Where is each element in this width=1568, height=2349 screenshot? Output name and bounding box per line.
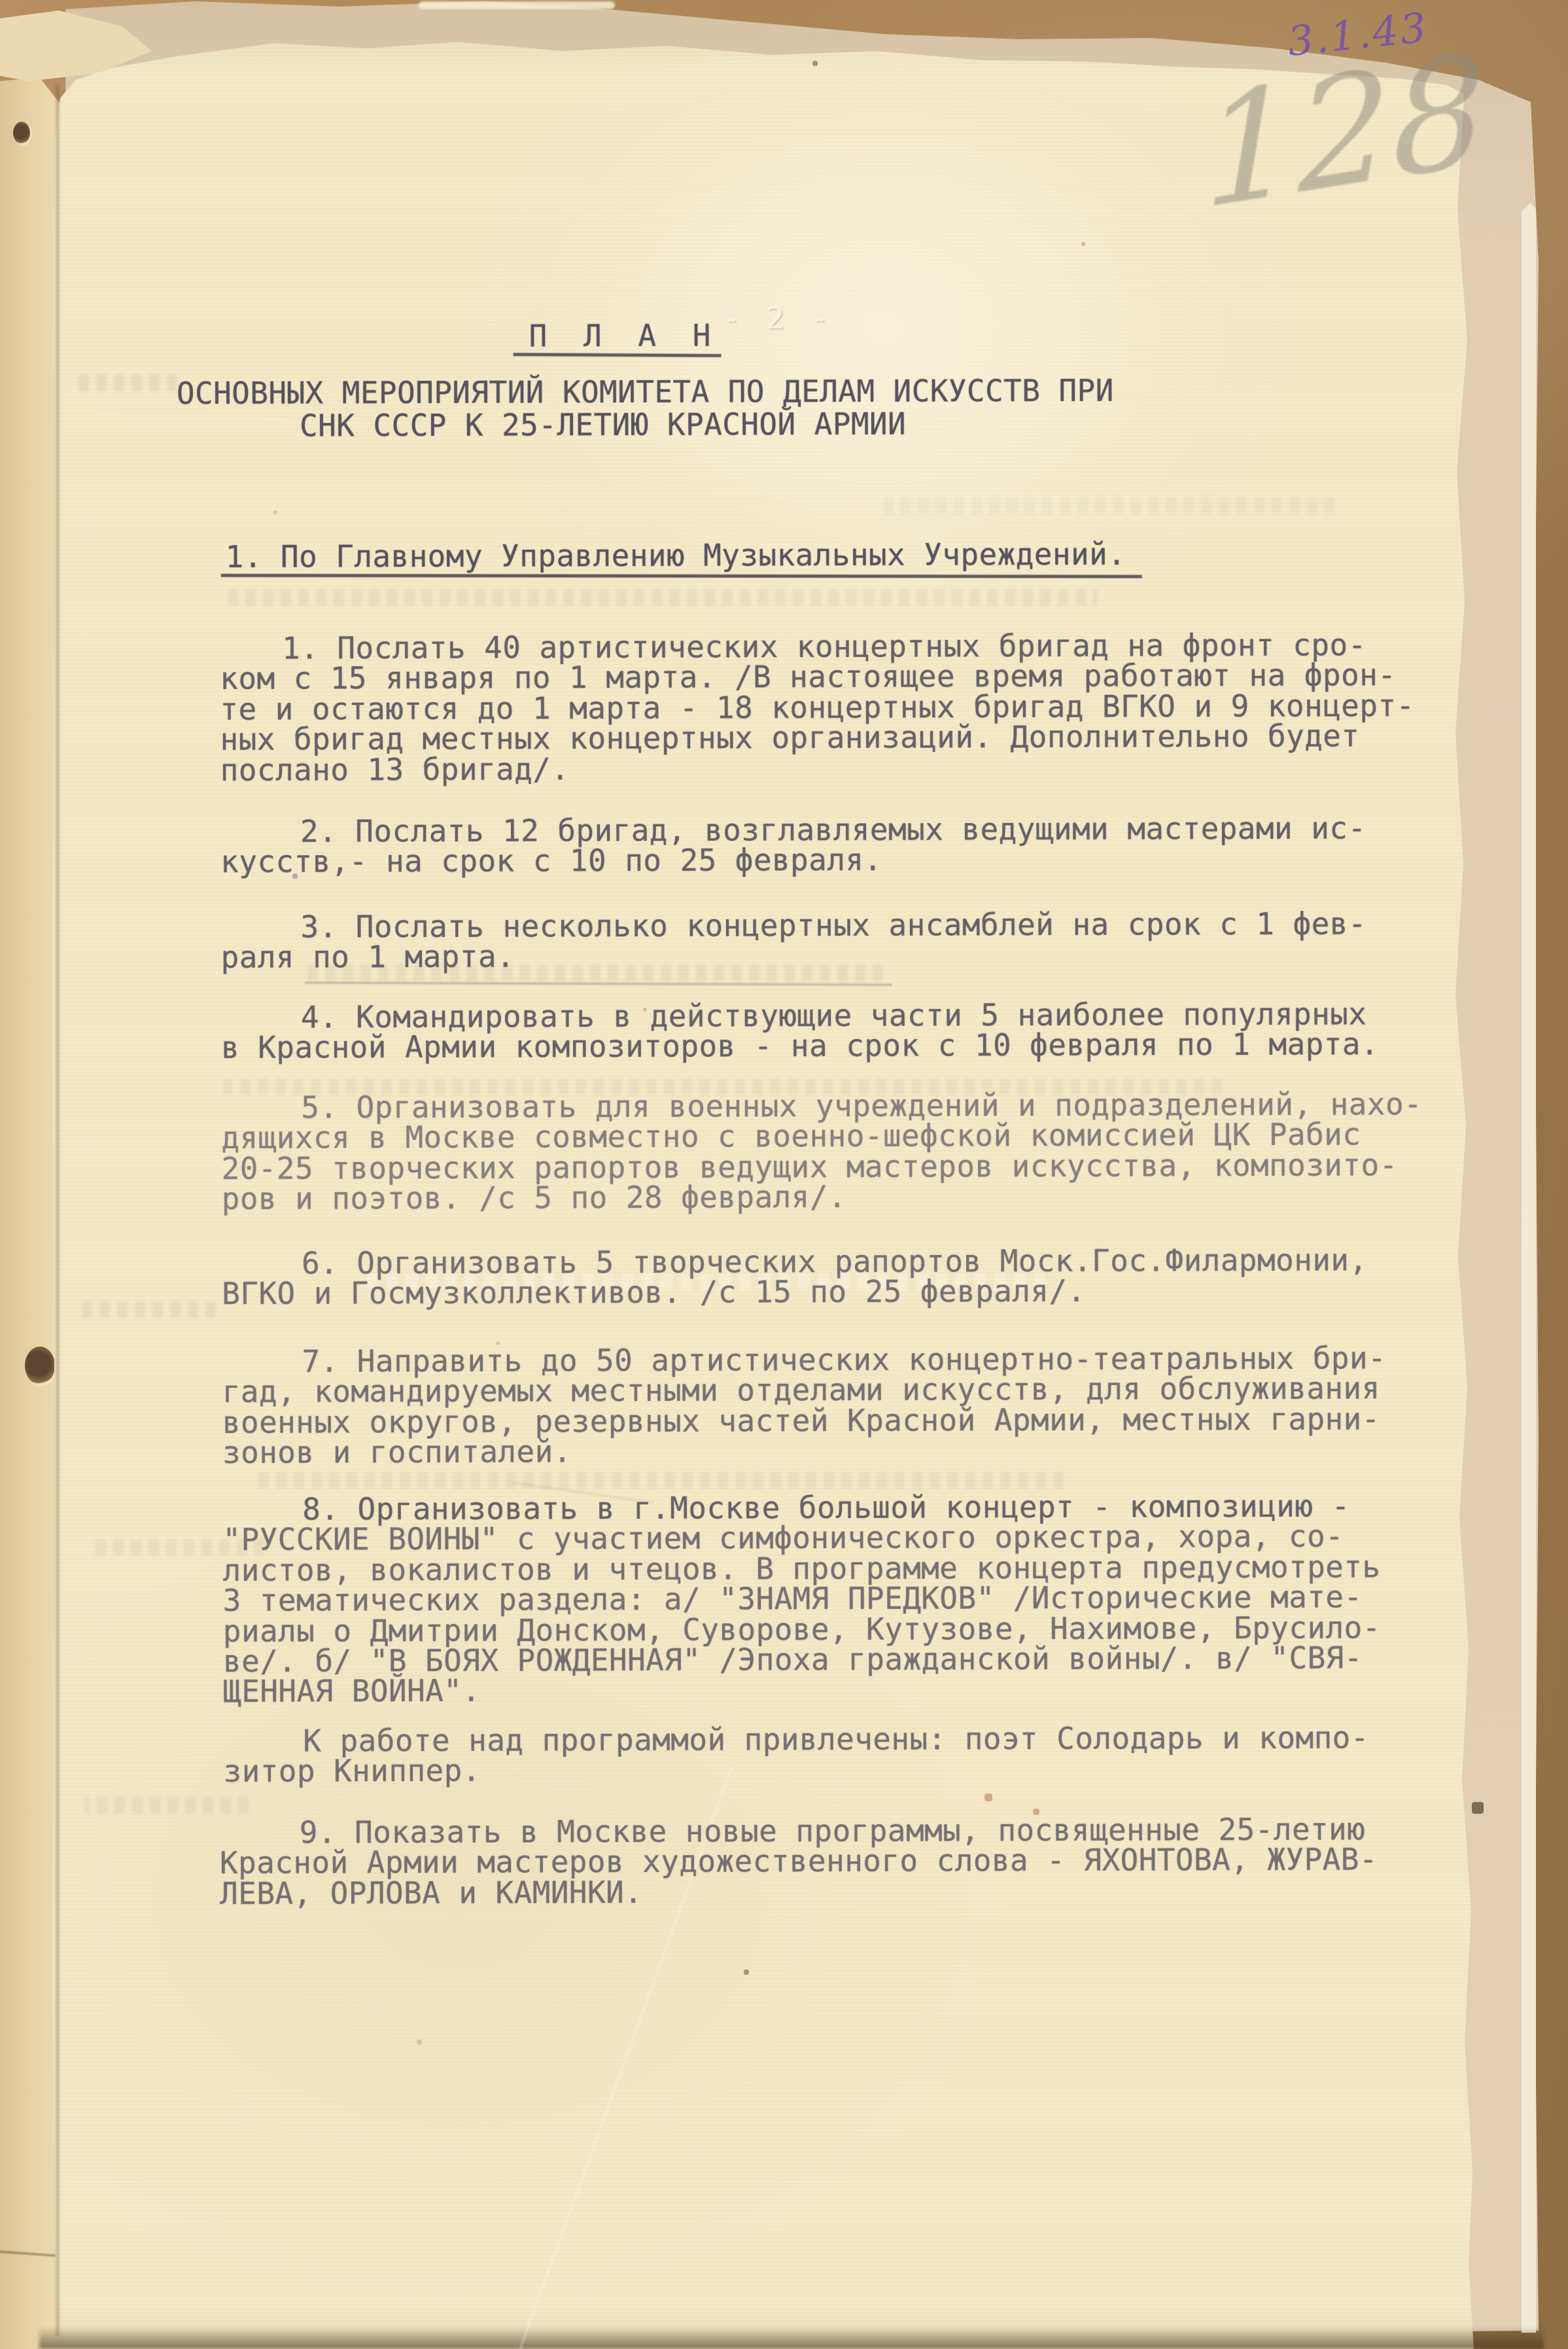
typed-line: в Красной Армии композиторов - на срок с… [221,1029,1379,1063]
typed-content: - 2 - П Л А Н ОСНОВНЫХ МЕРОПРИЯТИЙ КОМИТ… [0,0,1568,2349]
title-underline [514,330,722,357]
typed-line: 6. Организовать 5 творческих рапортов Мо… [302,1245,1368,1279]
document-subtitle-line: СНК СССР К 25-ЛЕТИЮ КРАСНОЙ АРМИИ [300,409,906,441]
typed-line: ных бригад местных концертных организаци… [220,721,1359,754]
typed-line: ВГКО и Госмузколлективов. /с 15 по 25 фе… [222,1276,1086,1309]
typed-line: ЛЕВА, ОРЛОВА и КАМИНКИ. [220,1877,642,1909]
typed-line: ЩЕННАЯ ВОЙНА". [223,1676,480,1706]
typed-line: послано 13 бригад/. [220,754,570,785]
section-heading-underline [221,552,1142,578]
typed-page-number: - 2 - [722,300,833,336]
typed-line: раля по 1 марта. [221,942,515,972]
typed-line: кусств,- на срок с 10 по 25 февраля. [220,845,882,877]
typed-line: ве/. б/ "В БОЯХ РОЖДЕННАЯ" /Эпоха гражда… [223,1643,1363,1676]
typed-line: Красной Армии мастеров художественного с… [220,1844,1378,1878]
document-subtitle-line: ОСНОВНЫХ МЕРОПРИЯТИЙ КОМИТЕТА ПО ДЕЛАМ И… [177,376,1114,409]
typed-line: ров и поэтов. /с 5 по 28 февраля/. [222,1182,846,1214]
typed-line: зитор Книппер. [223,1756,480,1786]
typed-line: 3. Послать несколько концертных ансамбле… [300,909,1367,942]
archival-document-scan: 3.1.43 128 - 2 - П Л А Н ОСНОВНЫХ МЕРОПР… [0,0,1568,2349]
typed-line: военных округов, резервных частей Красно… [222,1404,1380,1438]
typed-line: К работе над программой привлечены: поэт… [303,1723,1369,1756]
typed-line: 2. Послать 12 бригад, возглавляемых веду… [300,813,1367,847]
typed-line: зонов и госпиталей. [222,1436,572,1468]
